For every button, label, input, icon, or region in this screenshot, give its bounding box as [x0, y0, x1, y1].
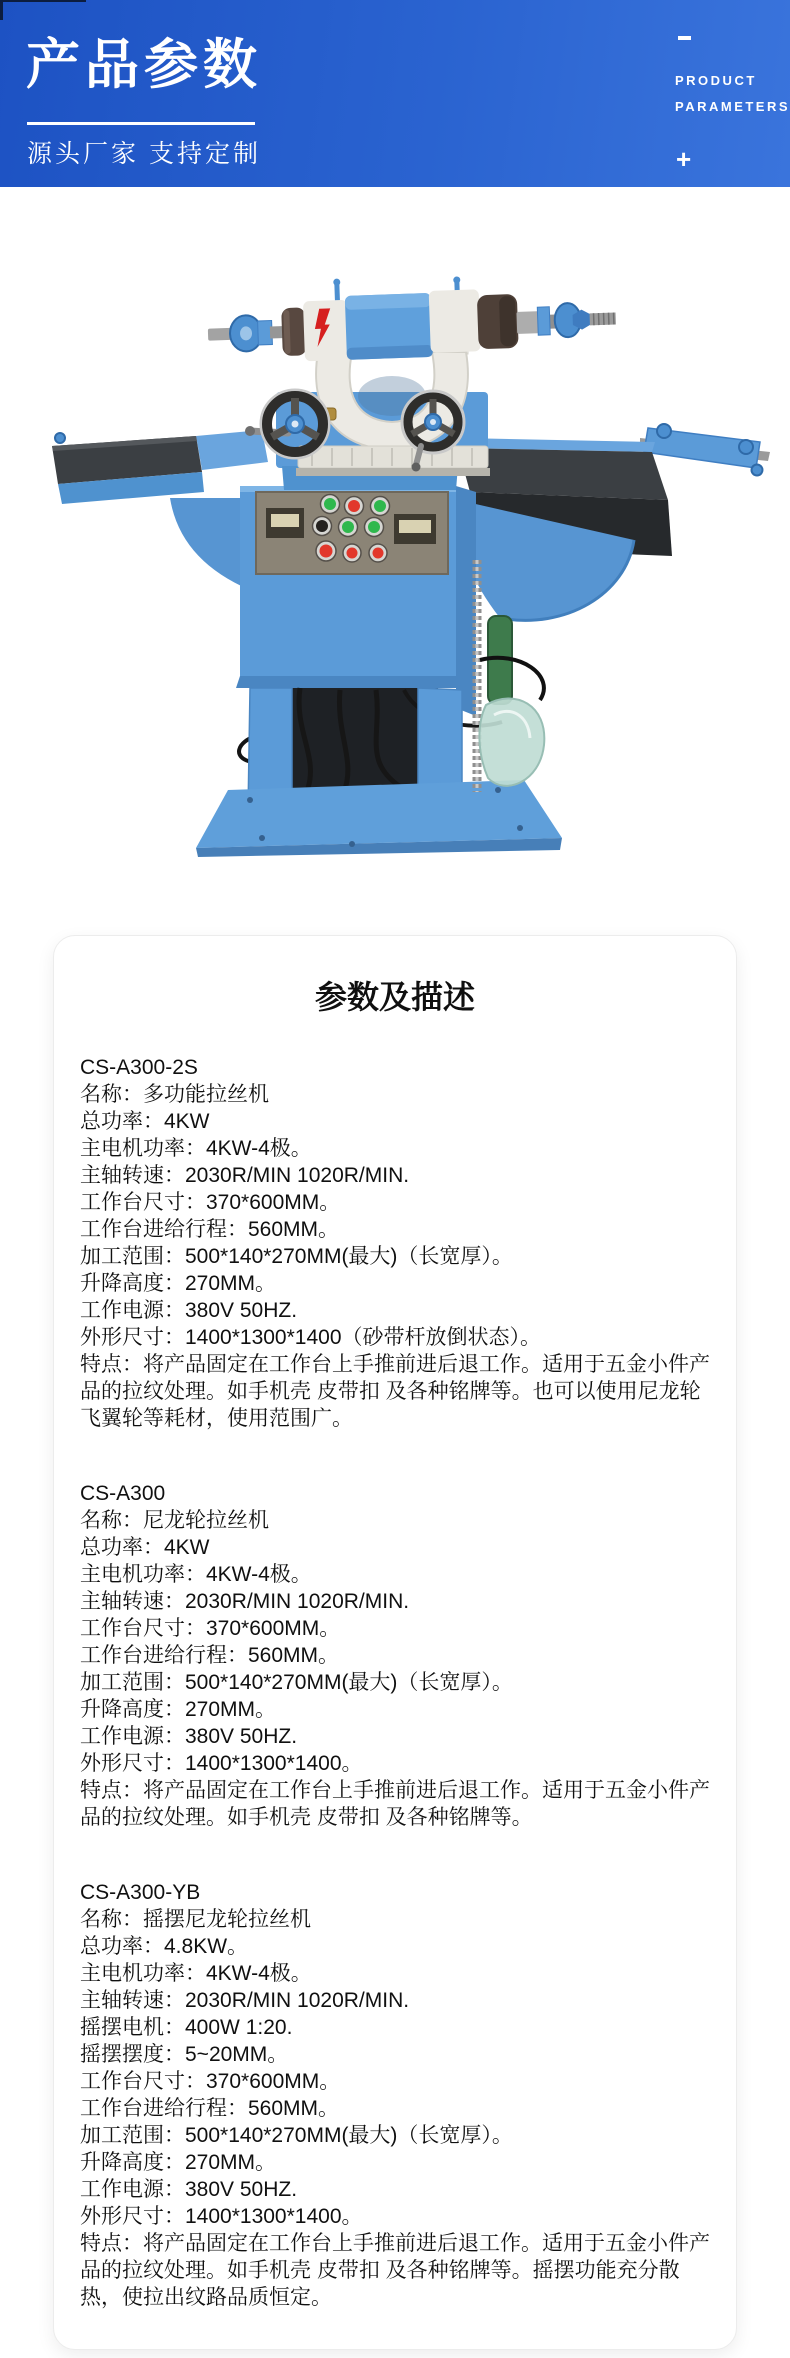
- panel-buttons: [313, 495, 390, 563]
- page-header: 产品参数 源头厂家 支持定制 PRODUCT PARAMETERS +: [0, 0, 790, 187]
- machine-base: [196, 780, 562, 857]
- title-underline: [27, 122, 255, 125]
- section-specs: 名称：尼龙轮拉丝机总功率：4KW主电机功率：4KW-4极。主轴转速：2030R/…: [80, 1507, 710, 1831]
- spec-line: 工作电源：380V 50HZ.: [80, 2176, 710, 2203]
- spec-line: 摇摆摆度：5~20MM。: [80, 2041, 710, 2068]
- spec-section: CS-A300-YB 名称：摇摆尼龙轮拉丝机总功率：4.8KW。主电机功率：4K…: [80, 1879, 710, 2311]
- spec-sections: CS-A300-2S 名称：多功能拉丝机总功率：4KW主电机功率：4KW-4极。…: [80, 1054, 710, 2311]
- en-line-1: PRODUCT: [675, 68, 790, 94]
- product-photo-block: [0, 187, 790, 860]
- corner-accent-horizontal: [0, 0, 86, 2]
- spec-line: 主轴转速：2030R/MIN 1020R/MIN.: [80, 1588, 710, 1615]
- spindle-assembly: [206, 269, 617, 365]
- spec-line: 加工范围：500*140*270MM(最大)（长宽厚）。: [80, 1243, 710, 1270]
- spec-line: 加工范围：500*140*270MM(最大)（长宽厚）。: [80, 2122, 710, 2149]
- section-model: CS-A300: [80, 1480, 710, 1507]
- en-line-2: PARAMETERS: [675, 94, 790, 120]
- spec-line: 工作台尺寸：370*600MM。: [80, 2068, 710, 2095]
- spec-line: 加工范围：500*140*270MM(最大)（长宽厚）。: [80, 1669, 710, 1696]
- spec-line: 主电机功率：4KW-4极。: [80, 1135, 710, 1162]
- spec-line: 工作电源：380V 50HZ.: [80, 1723, 710, 1750]
- corner-accent-vertical: [0, 0, 3, 20]
- parameters-card: 参数及描述 CS-A300-2S 名称：多功能拉丝机总功率：4KW主电机功率：4…: [53, 935, 737, 2350]
- page-title: 产品参数: [26, 22, 262, 99]
- spec-line: 主电机功率：4KW-4极。: [80, 1561, 710, 1588]
- product-parameters-label: PRODUCT PARAMETERS: [675, 68, 790, 120]
- section-specs: 名称：摇摆尼龙轮拉丝机总功率：4.8KW。主电机功率：4KW-4极。主轴转速：2…: [80, 1906, 710, 2311]
- spec-line: 升降高度：270MM。: [80, 1696, 710, 1723]
- control-panel: [256, 492, 448, 574]
- spec-line: 主电机功率：4KW-4极。: [80, 1960, 710, 1987]
- spec-line: 名称：多功能拉丝机: [80, 1081, 710, 1108]
- spec-line: 外形尺寸：1400*1300*1400。: [80, 1750, 710, 1777]
- spec-section: CS-A300-2S 名称：多功能拉丝机总功率：4KW主电机功率：4KW-4极。…: [80, 1054, 710, 1432]
- machine-illustration: [0, 187, 790, 860]
- left-table: [52, 430, 268, 504]
- spec-line: 外形尺寸：1400*1300*1400。: [80, 2203, 710, 2230]
- section-model: CS-A300-2S: [80, 1054, 710, 1081]
- spec-section: CS-A300 名称：尼龙轮拉丝机总功率：4KW主电机功率：4KW-4极。主轴转…: [80, 1480, 710, 1831]
- section-model: CS-A300-YB: [80, 1879, 710, 1906]
- spec-line: 名称：摇摆尼龙轮拉丝机: [80, 1906, 710, 1933]
- card-title: 参数及描述: [80, 972, 710, 1018]
- spec-line: 升降高度：270MM。: [80, 1270, 710, 1297]
- spec-line: 特点：将产品固定在工作台上手推前进后退工作。适用于五金小件产品的拉纹处理。如手机…: [80, 2230, 710, 2311]
- spec-line: 总功率：4KW: [80, 1534, 710, 1561]
- spec-line: 名称：尼龙轮拉丝机: [80, 1507, 710, 1534]
- spec-line: 升降高度：270MM。: [80, 2149, 710, 2176]
- page-subtitle: 源头厂家 支持定制: [27, 134, 261, 170]
- minus-icon: [678, 36, 691, 40]
- section-specs: 名称：多功能拉丝机总功率：4KW主电机功率：4KW-4极。主轴转速：2030R/…: [80, 1081, 710, 1432]
- spec-line: 工作台进给行程：560MM。: [80, 1642, 710, 1669]
- spec-line: 摇摆电机：400W 1:20.: [80, 2014, 710, 2041]
- right-bracket: [640, 424, 770, 476]
- plus-icon: +: [676, 144, 691, 175]
- spec-line: 特点：将产品固定在工作台上手推前进后退工作。适用于五金小件产品的拉纹处理。如手机…: [80, 1777, 710, 1831]
- spec-line: 工作台进给行程：560MM。: [80, 1216, 710, 1243]
- spec-line: 总功率：4KW: [80, 1108, 710, 1135]
- spec-line: 工作电源：380V 50HZ.: [80, 1297, 710, 1324]
- spec-line: 主轴转速：2030R/MIN 1020R/MIN.: [80, 1987, 710, 2014]
- spec-line: 外形尺寸：1400*1300*1400（砂带杆放倒状态）。: [80, 1324, 710, 1351]
- spec-line: 特点：将产品固定在工作台上手推前进后退工作。适用于五金小件产品的拉纹处理。如手机…: [80, 1351, 710, 1432]
- spec-line: 工作台尺寸：370*600MM。: [80, 1189, 710, 1216]
- spec-line: 主轴转速：2030R/MIN 1020R/MIN.: [80, 1162, 710, 1189]
- spec-line: 工作台进给行程：560MM。: [80, 2095, 710, 2122]
- spec-line: 工作台尺寸：370*600MM。: [80, 1615, 710, 1642]
- spec-line: 总功率：4.8KW。: [80, 1933, 710, 1960]
